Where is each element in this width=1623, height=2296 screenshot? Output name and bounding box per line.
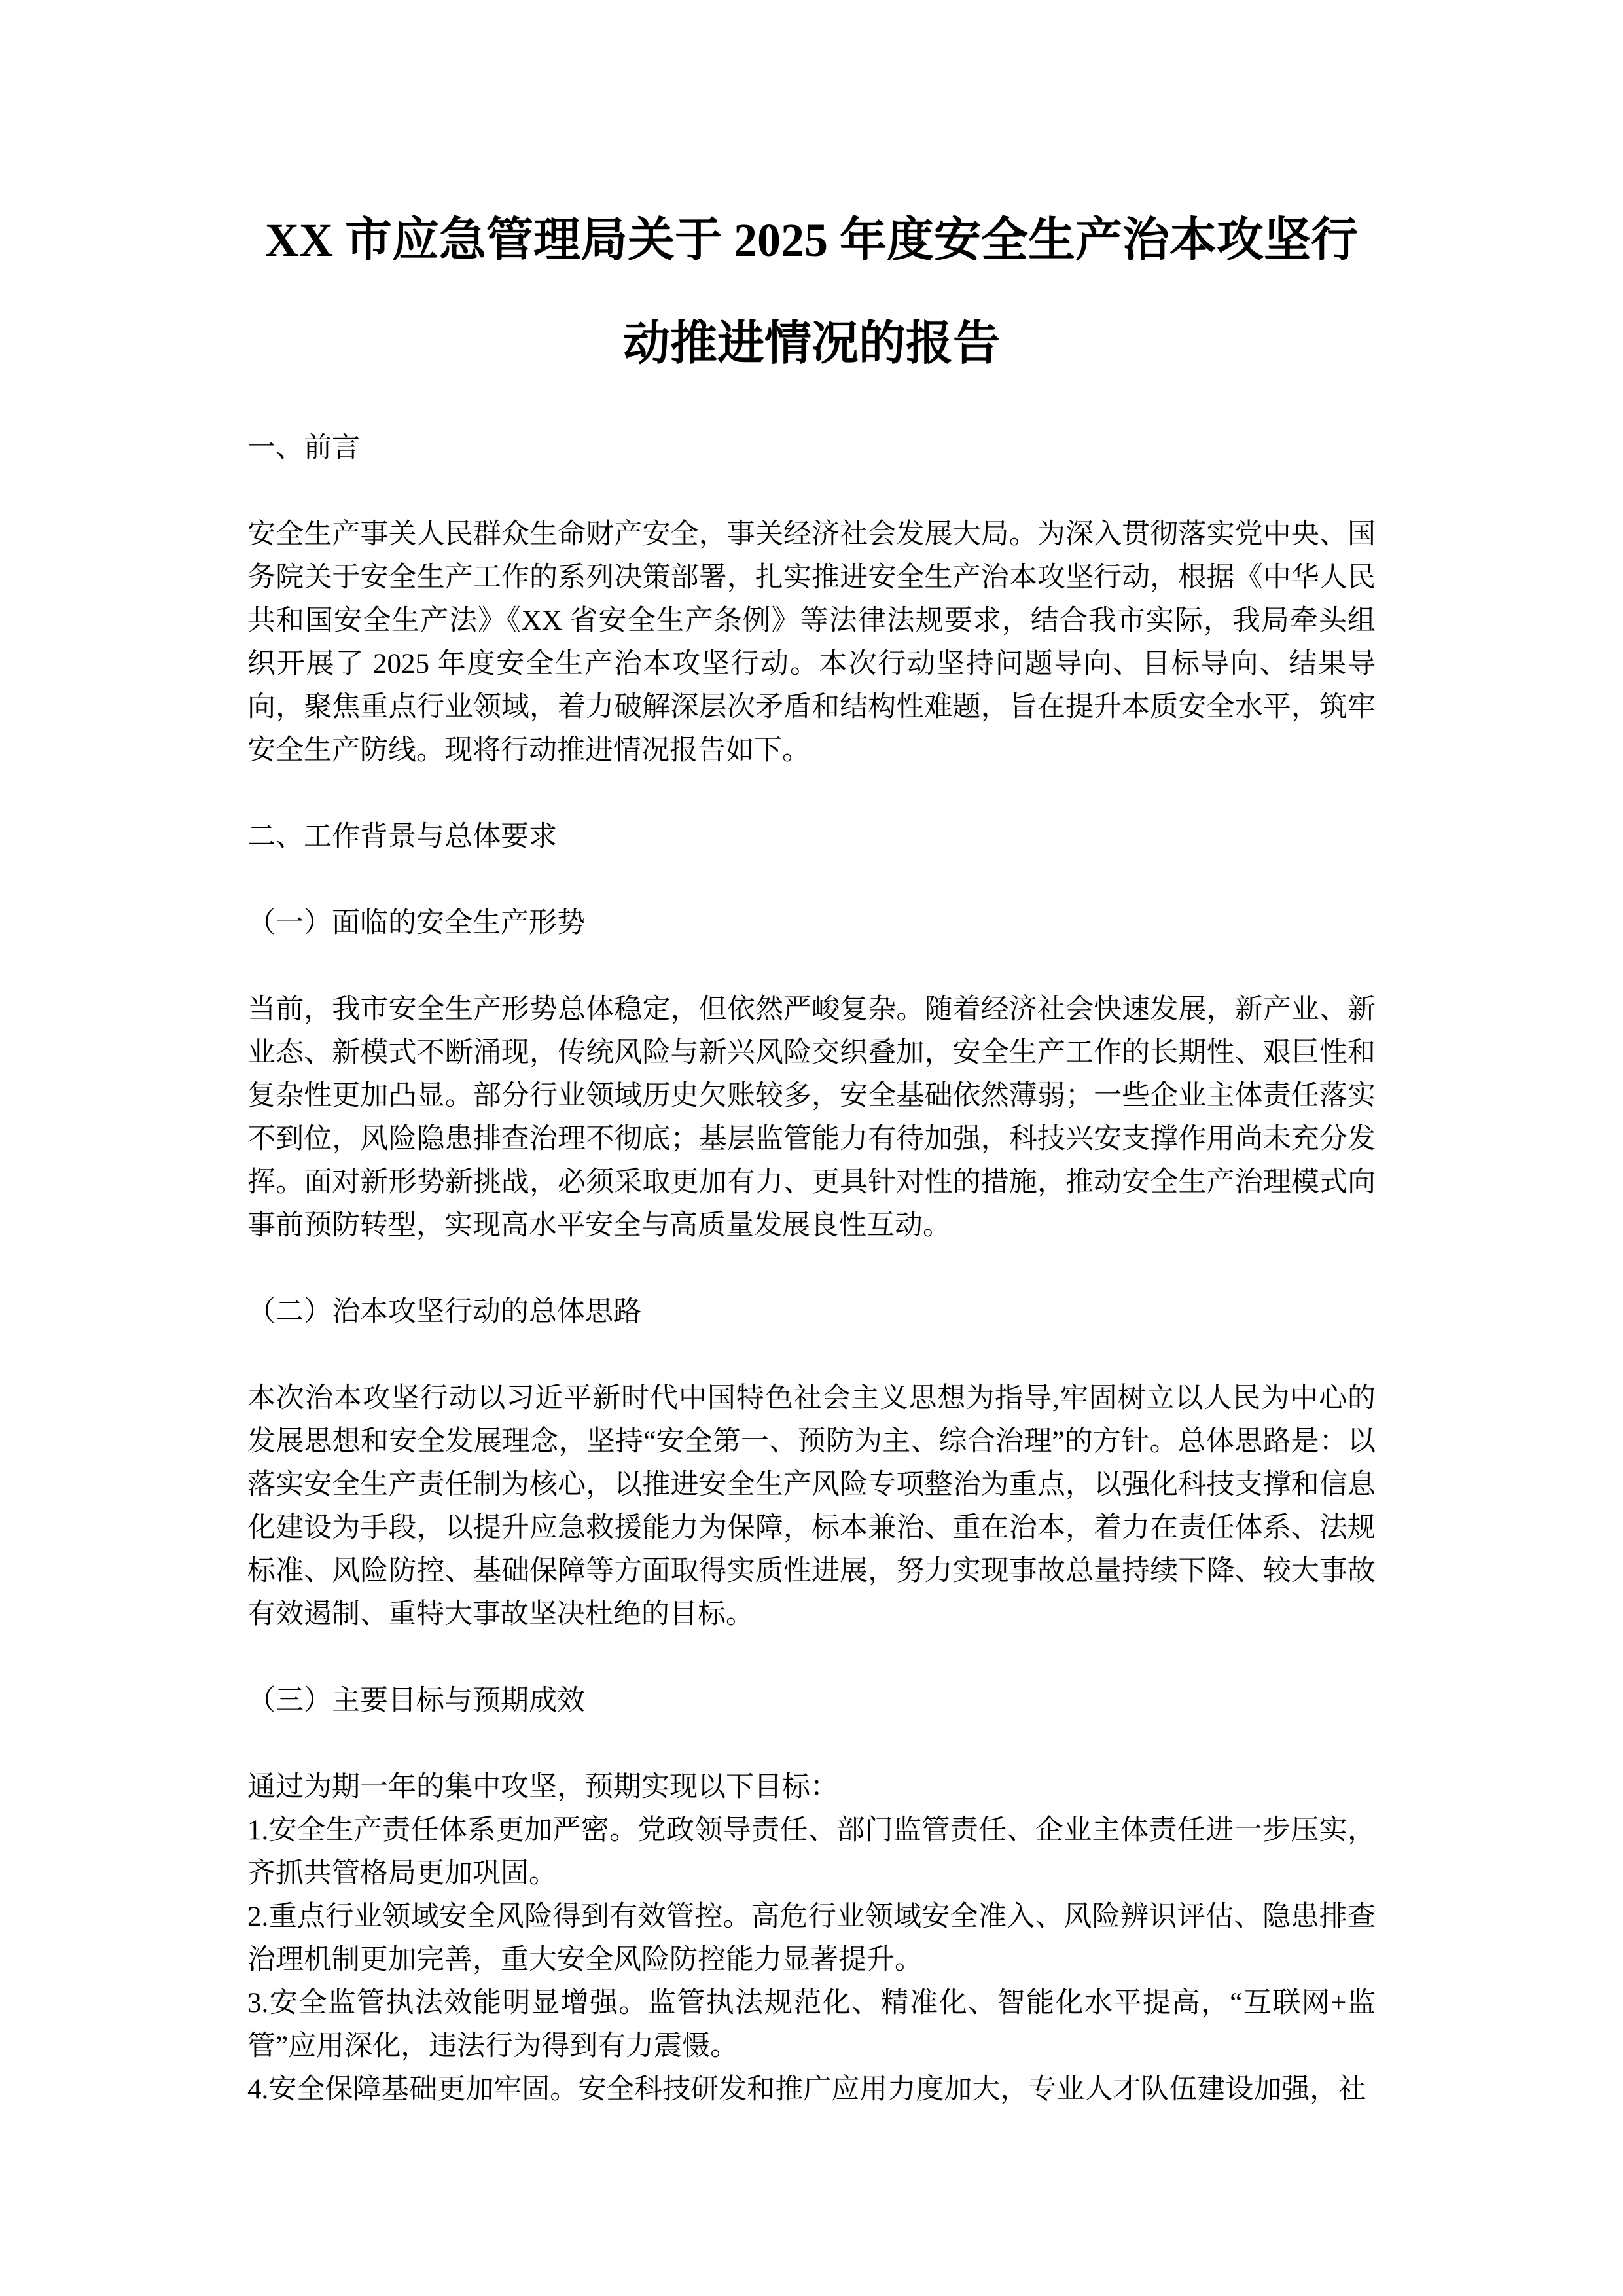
paragraph-preface: 安全生产事关人民群众生命财产安全，事关经济社会发展大局。为深入贯彻落实党中央、国…: [247, 513, 1376, 772]
paragraph-approach: 本次治本攻坚行动以习近平新时代中国特色社会主义思想为指导,牢固树立以人民为中心的…: [247, 1377, 1376, 1636]
document-title: XX 市应急管理局关于 2025 年度安全生产治本攻坚行 动推进情况的报告: [247, 188, 1376, 395]
subsection-heading-situation: （一）面临的安全生产形势: [247, 902, 1376, 945]
document-page: XX 市应急管理局关于 2025 年度安全生产治本攻坚行 动推进情况的报告 一、…: [0, 0, 1623, 2296]
paragraph-situation: 当前，我市安全生产形势总体稳定，但依然严峻复杂。随着经济社会快速发展，新产业、新…: [247, 988, 1376, 1247]
goal-item-1: 1.安全生产责任体系更加严密。党政领导责任、部门监管责任、企业主体责任进一步压实…: [247, 1809, 1376, 1895]
document-title-line-1: XX 市应急管理局关于 2025 年度安全生产治本攻坚行: [247, 188, 1376, 292]
goals-intro-line: 通过为期一年的集中攻坚，预期实现以下目标：: [247, 1766, 1376, 1809]
goals-list: 通过为期一年的集中攻坚，预期实现以下目标： 1.安全生产责任体系更加严密。党政领…: [247, 1766, 1376, 2111]
document-title-line-2: 动推进情况的报告: [247, 292, 1376, 395]
subsection-heading-approach: （二）治本攻坚行动的总体思路: [247, 1291, 1376, 1334]
goal-item-3: 3.安全监管执法效能明显增强。监管执法规范化、精准化、智能化水平提高，“互联网+…: [247, 1982, 1376, 2068]
section-heading-background: 二、工作背景与总体要求: [247, 816, 1376, 859]
goal-item-2: 2.重点行业领域安全风险得到有效管控。高危行业领域安全准入、风险辨识评估、隐患排…: [247, 1895, 1376, 1982]
section-heading-preface: 一、前言: [247, 427, 1376, 470]
goal-item-4: 4.安全保障基础更加牢固。安全科技研发和推广应用力度加大，专业人才队伍建设加强，…: [247, 2068, 1376, 2111]
subsection-heading-goals: （三）主要目标与预期成效: [247, 1679, 1376, 1723]
